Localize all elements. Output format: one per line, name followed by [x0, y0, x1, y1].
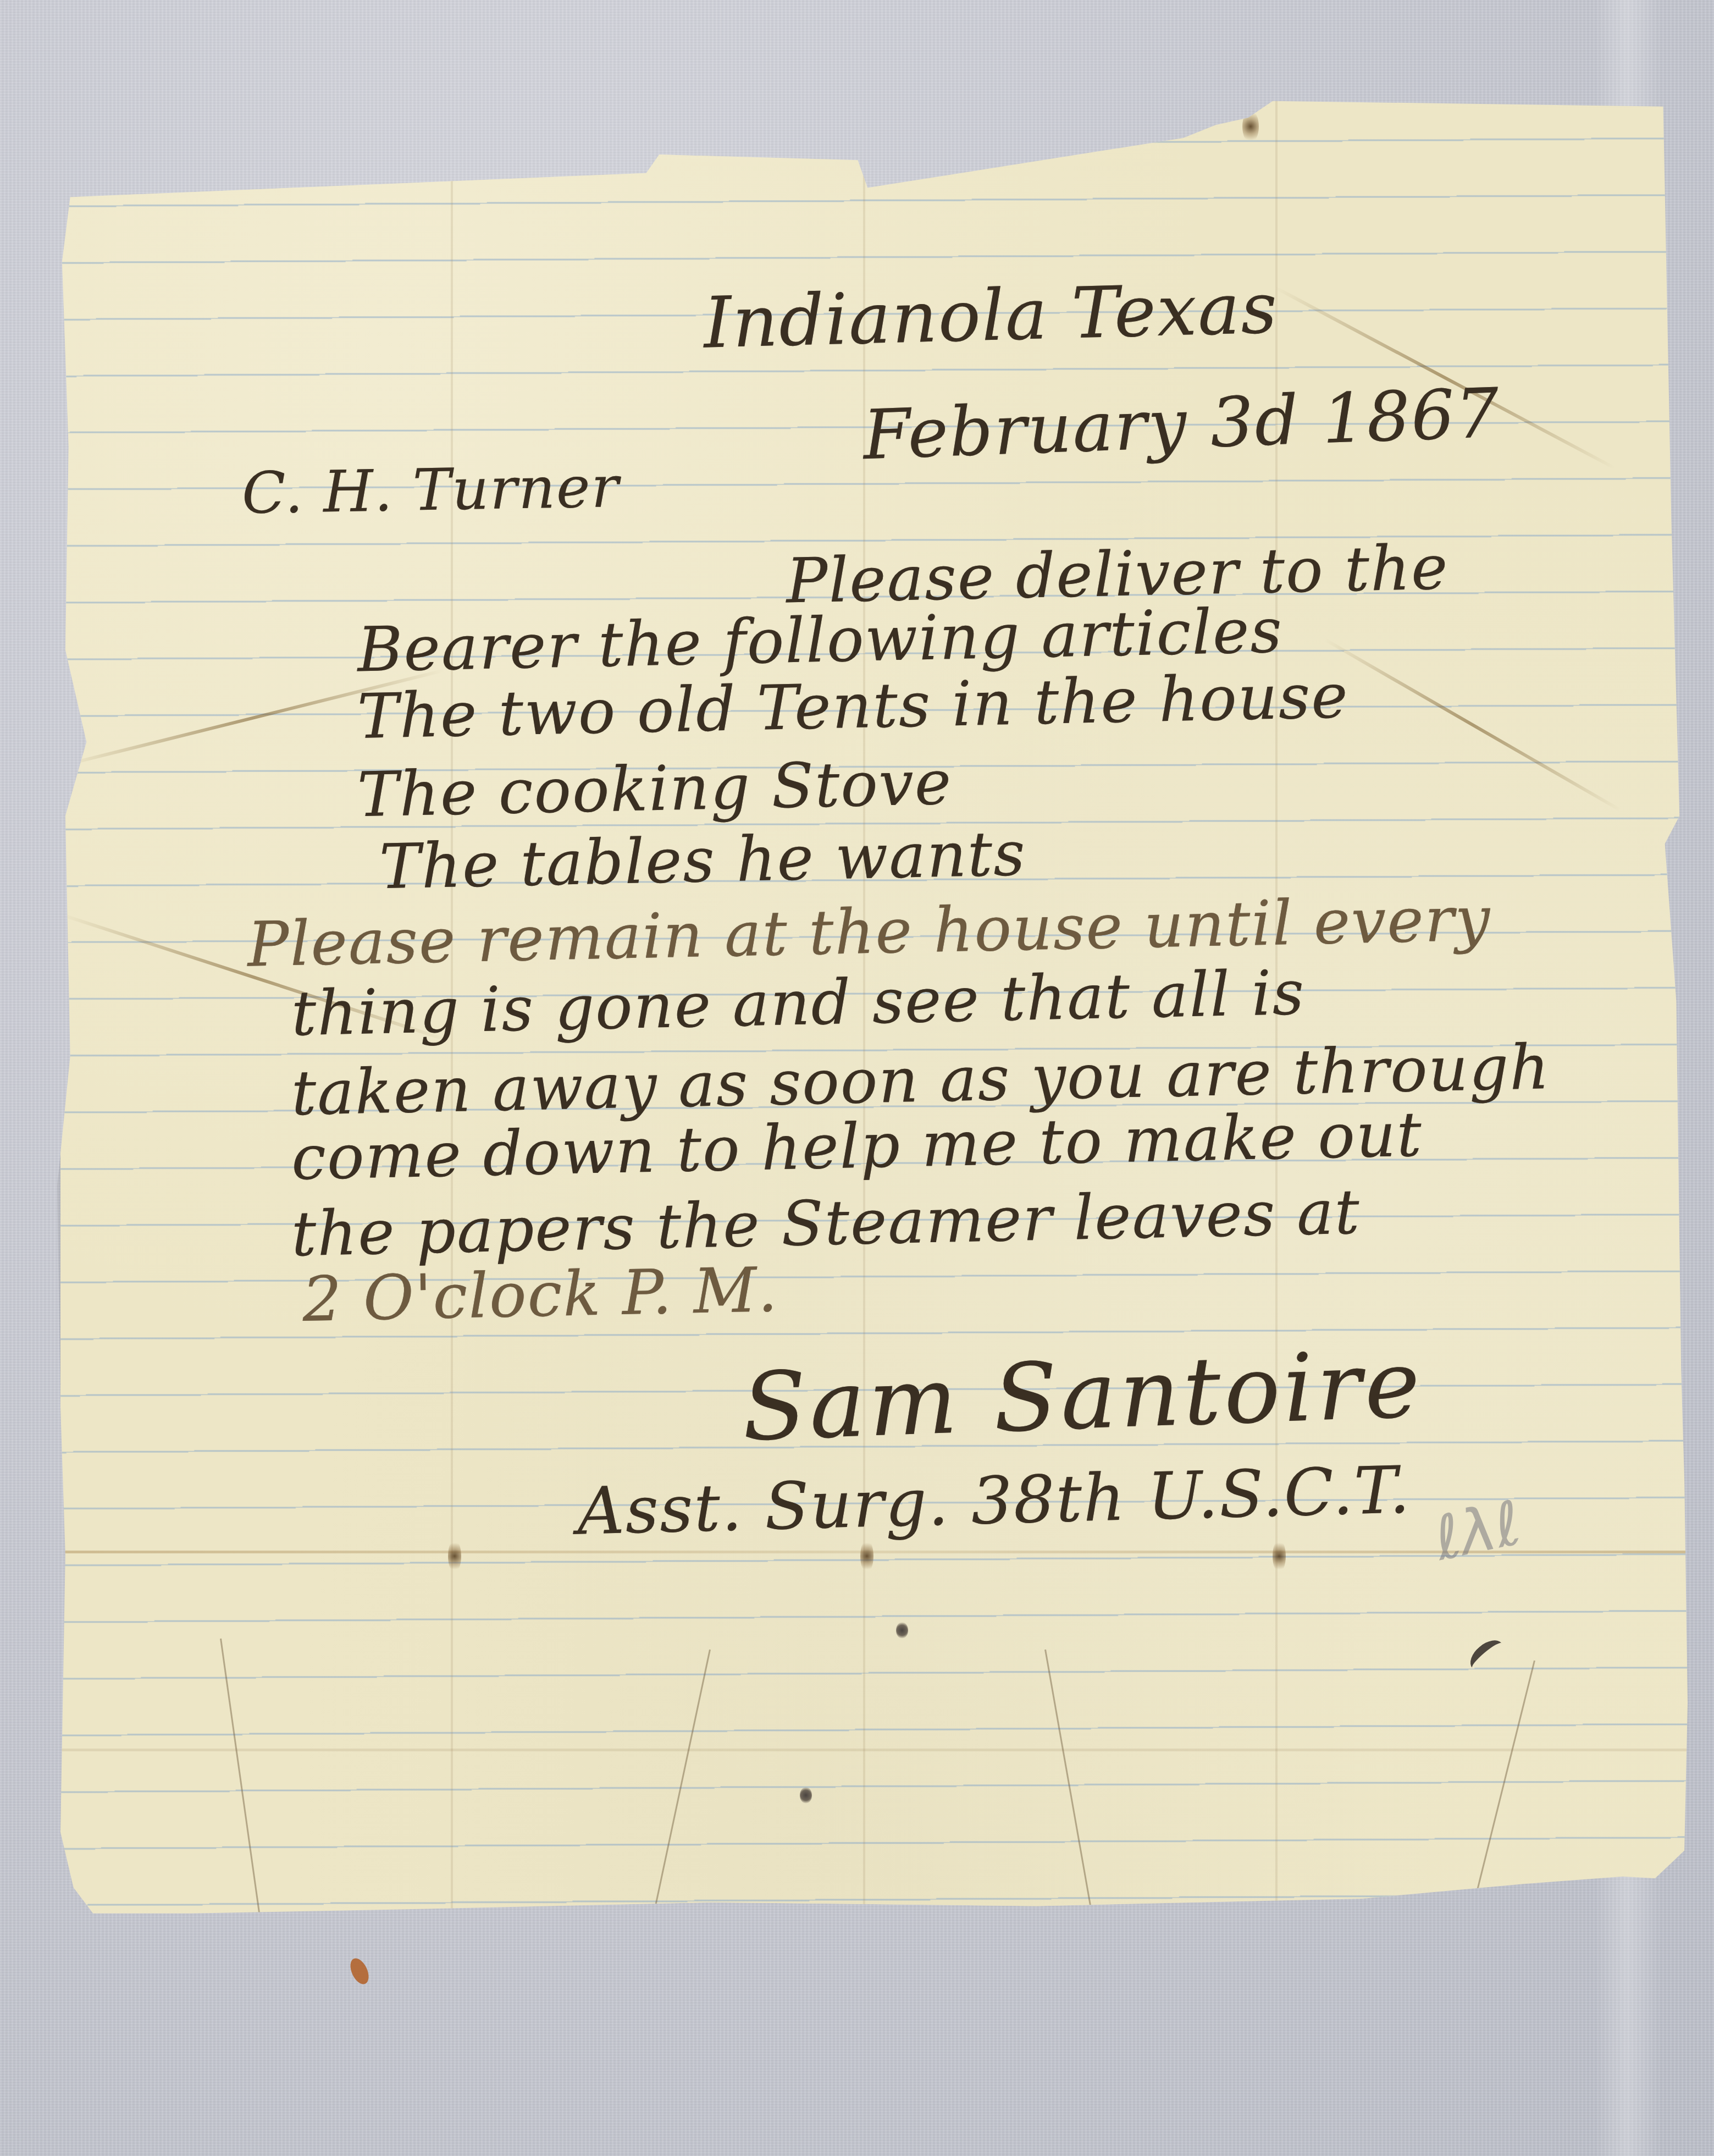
letter-body-line: The tables he wants — [379, 818, 1027, 903]
ink-stain — [1242, 110, 1259, 143]
pin-hole — [896, 1622, 908, 1639]
fold-crease-horizontal — [60, 1749, 1688, 1751]
ink-stain — [448, 1540, 461, 1573]
ink-stain — [390, 132, 407, 170]
letter-body-line: The cooking Stove — [357, 747, 953, 831]
pin-hole — [800, 1787, 812, 1804]
ink-stain — [1273, 1540, 1286, 1573]
debris-fleck — [347, 1955, 373, 1987]
letter-place: Indianola Texas — [703, 267, 1279, 364]
letter-body-line: 2 O'clock P. M. — [302, 1254, 779, 1336]
letter-addressee: C. H. Turner — [241, 453, 620, 527]
letter-paper: Indianola Texas February 3d 1867 C. H. T… — [60, 77, 1688, 1925]
ink-stain — [860, 1540, 873, 1573]
